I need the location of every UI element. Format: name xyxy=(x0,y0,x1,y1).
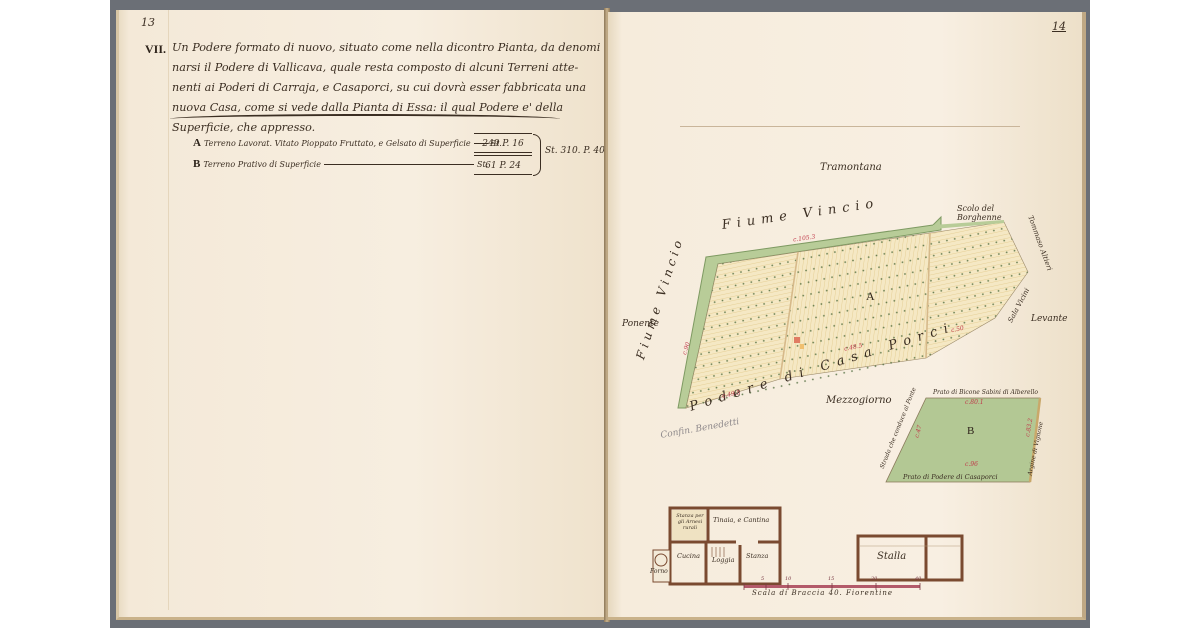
scale-tick: 40 xyxy=(915,576,921,582)
plot-b-measure-bottom: c.96 xyxy=(965,461,978,468)
room-label-kitchen: Cucina xyxy=(677,552,700,560)
left-folio-number: 13 xyxy=(141,16,155,29)
row-description: Terreno Prativo di Superficie xyxy=(203,160,321,169)
plot-b-bottom-border: Prato di Podere di Casaporci xyxy=(903,473,998,481)
entry-line: nenti ai Poderi di Carraja, e Casaporci,… xyxy=(172,78,567,98)
room-label-cellar: Tinaia, e Cantina xyxy=(713,516,769,524)
scale-tick: 5 xyxy=(761,576,764,582)
compass-south: Mezzogiorno xyxy=(826,395,892,406)
entry-number: VII. xyxy=(145,42,166,57)
room-label-loggia: Loggia xyxy=(712,556,735,564)
value-cell-b: 61 P. 24 xyxy=(474,155,532,175)
margin-line xyxy=(168,10,169,610)
entry-line: narsi il Podere di Vallicava, quale rest… xyxy=(172,58,567,78)
table-row-b: B Terreno Prativo di Superficie St. xyxy=(193,158,488,170)
row-letter: A xyxy=(193,137,201,149)
compass-east: Levante xyxy=(1031,314,1068,324)
compass-north: Tramontana xyxy=(820,162,882,173)
scale-label: Scala di Braccia 40. Fiorentine xyxy=(752,589,893,597)
row-description: Terreno Lavorat. Vitato Pioppato Fruttat… xyxy=(204,139,471,148)
entry-line: Un Podere formato di nuovo, situato come… xyxy=(172,38,567,58)
room-label-storage: Stanza per gli Arnesi rurali xyxy=(673,513,707,531)
plot-a-letter: A xyxy=(866,289,875,304)
room-label-oven: Forno xyxy=(650,568,668,575)
plot-b-letter: B xyxy=(967,425,974,437)
value-cell-a: 249 P. 16 xyxy=(474,133,532,153)
room-label-room: Stanza xyxy=(746,552,768,560)
total-value: St. 310. P. 40. xyxy=(545,146,608,156)
leader-line xyxy=(324,164,474,165)
scale-tick: 10 xyxy=(785,576,791,582)
row-letter: B xyxy=(193,158,200,170)
scolo-label: Scolo del Borghenne xyxy=(957,204,1017,222)
scale-tick: 20 xyxy=(871,576,877,582)
decorative-rule xyxy=(170,114,560,124)
table-row-a: A Terreno Lavorat. Vitato Pioppato Frutt… xyxy=(193,137,502,149)
brace xyxy=(533,134,541,176)
scale-tick: 15 xyxy=(828,576,834,582)
stable-label: Stalla xyxy=(877,551,906,562)
plot-b-top-border: Prato di Bicone Sabini di Alberello xyxy=(933,389,1038,396)
plot-b-measure-top: c.80.1 xyxy=(965,399,984,406)
